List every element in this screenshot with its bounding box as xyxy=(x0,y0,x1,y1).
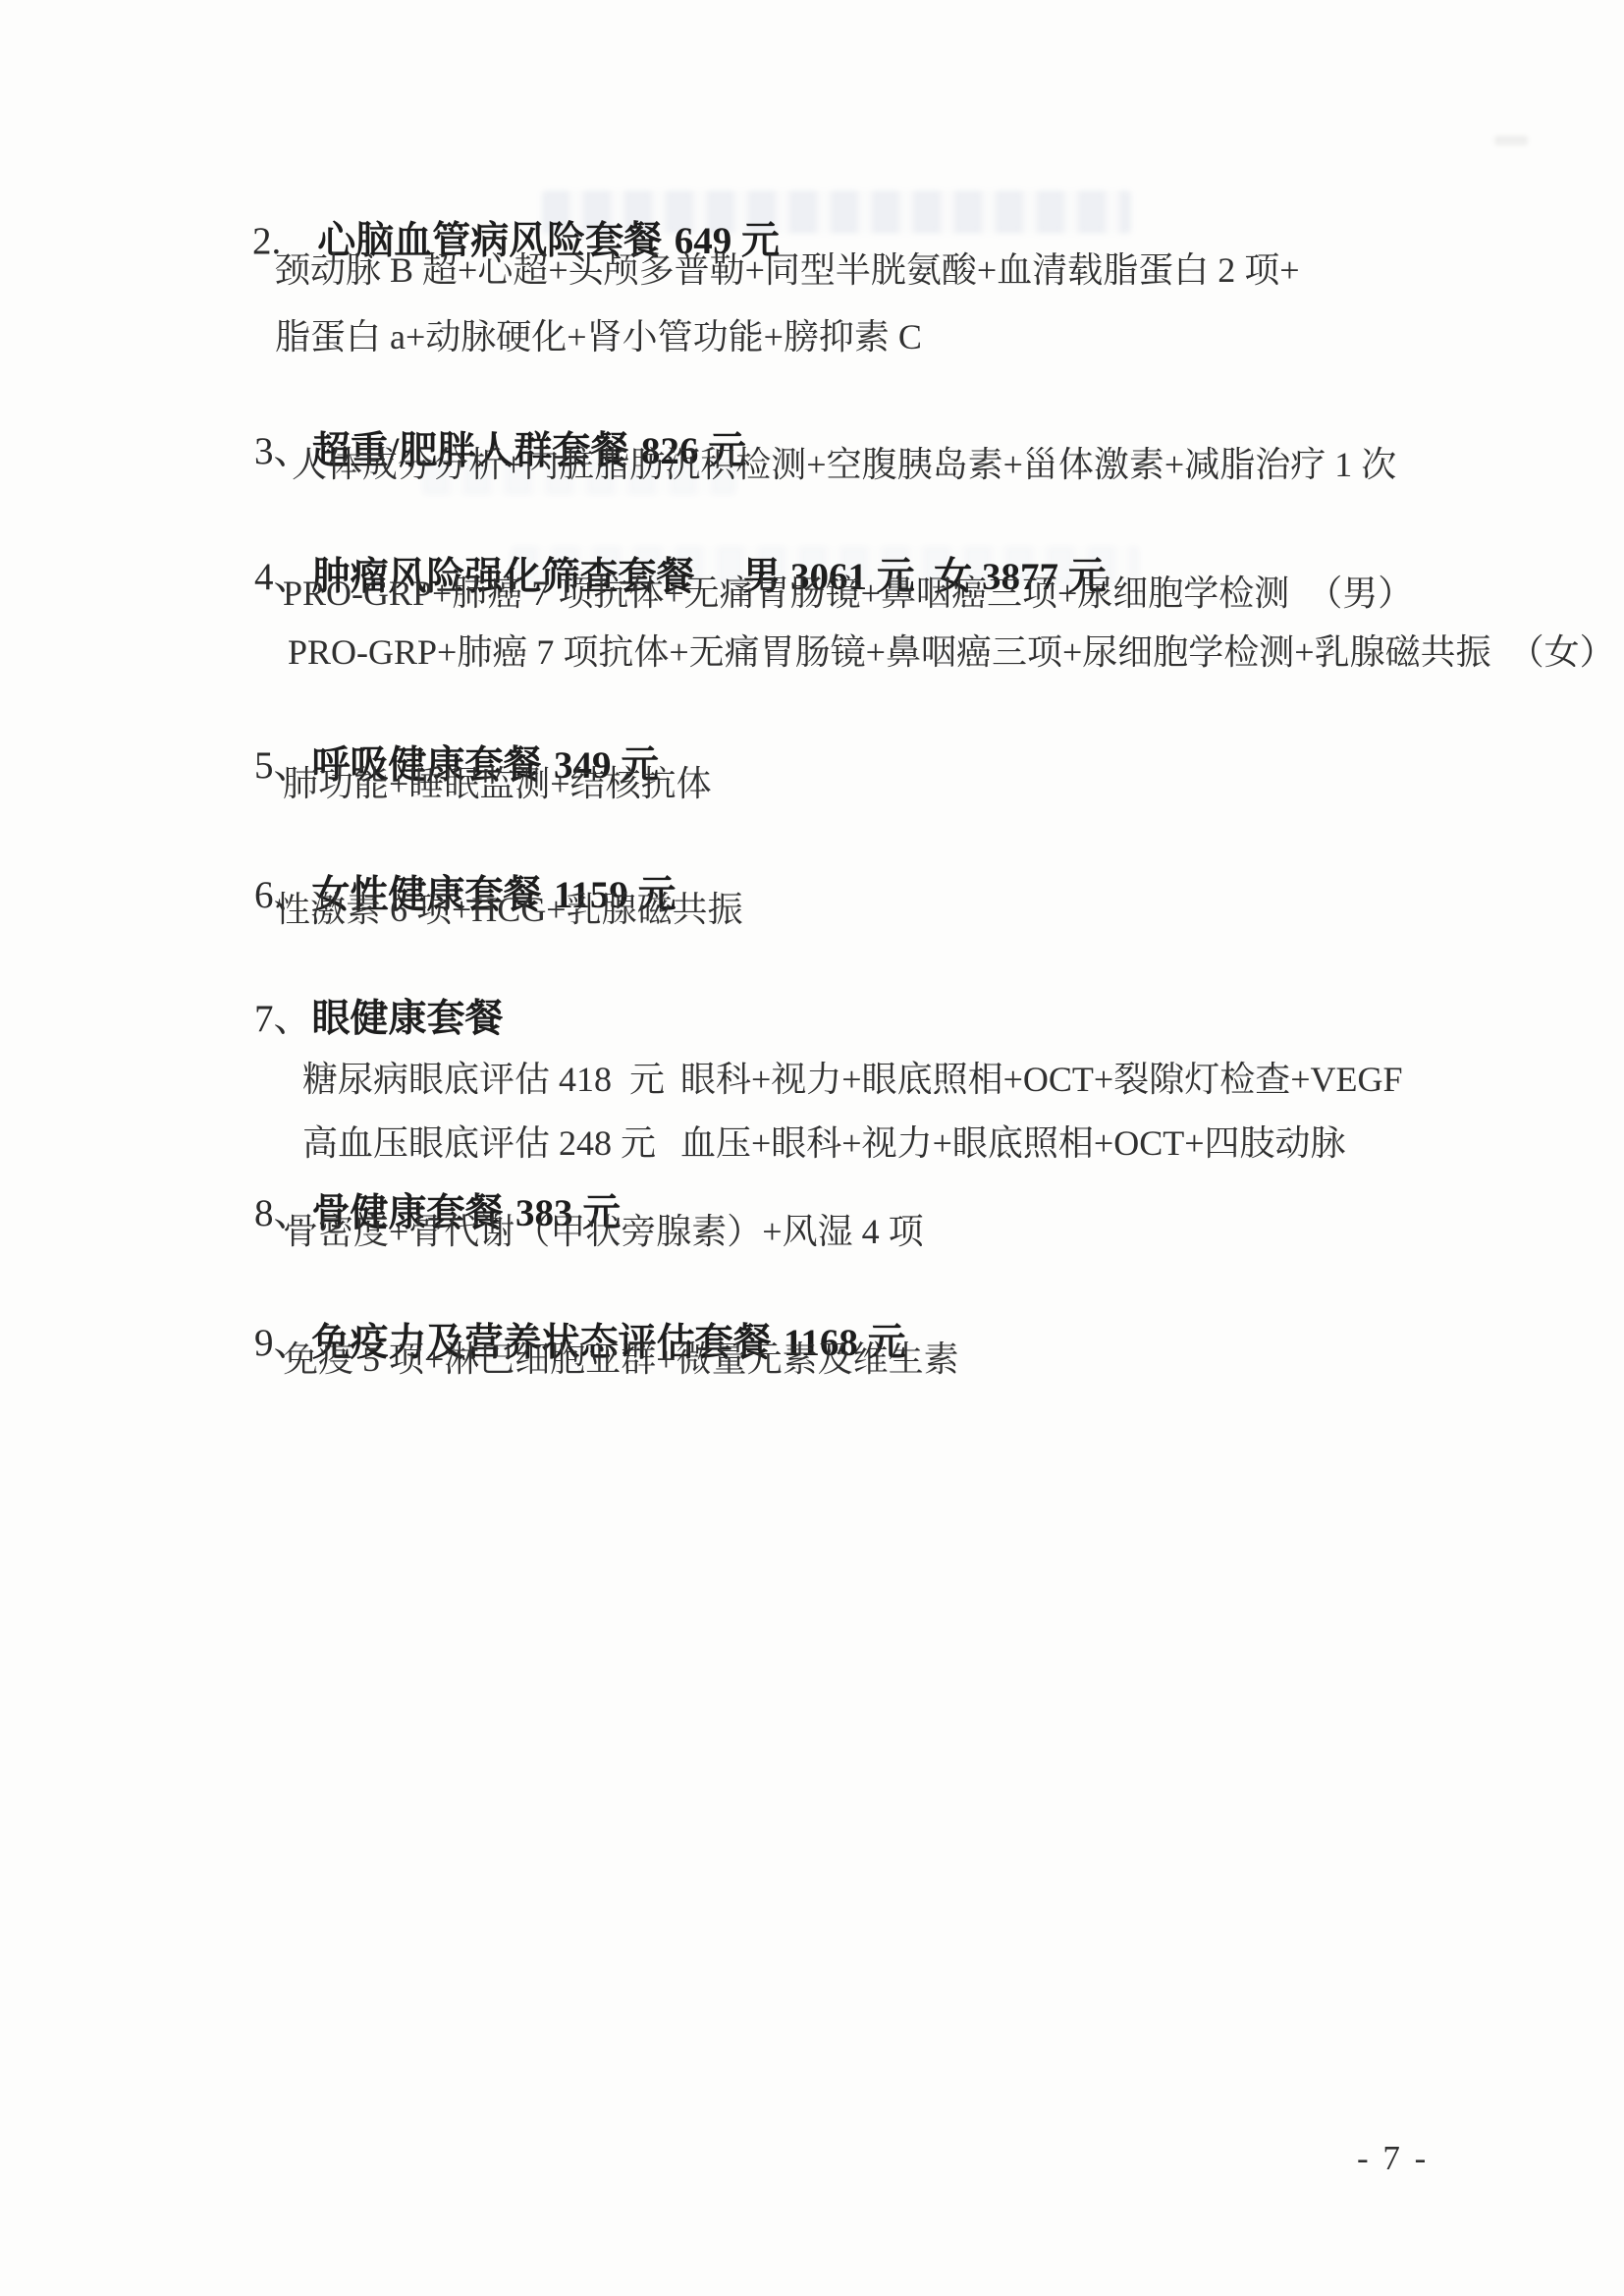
page-number: - 7 - xyxy=(1357,2139,1429,2178)
package-detail: 免疫 5 项+淋巴细胞亚群+微量元素及维生素 xyxy=(283,1339,959,1381)
package-detail: 骨密度+骨代谢（甲状旁腺素）+风湿 4 项 xyxy=(283,1211,924,1253)
package-detail: 脂蛋白 a+动脉硬化+肾小管功能+膀抑素 C xyxy=(275,316,922,358)
package-detail: PRO-GRP+肺癌 7 项抗体+无痛胃肠镜+鼻咽癌三项+尿细胞学检测 （男） xyxy=(283,573,1413,615)
package-detail: 人体成分分析+内脏脂肪沉积检测+空腹胰岛素+甾体激素+减脂治疗 1 次 xyxy=(292,444,1396,486)
package-detail: 颈动脉 B 超+心超+头颅多普勒+同型半胱氨酸+血清载脂蛋白 2 项+ xyxy=(275,249,1300,292)
package-detail: PRO-GRP+肺癌 7 项抗体+无痛胃肠镜+鼻咽癌三项+尿细胞学检测+乳腺磁共… xyxy=(288,631,1615,674)
document-page: 2.心脑血管病风险套餐649 元 颈动脉 B 超+心超+头颅多普勒+同型半胱氨酸… xyxy=(0,0,1624,2296)
eye-package-items: 血压+眼科+视力+眼底照相+OCT+四肢动脉 xyxy=(680,1123,1346,1163)
package-detail: 性激素 6 项+HCG+乳腺磁共振 xyxy=(275,889,743,931)
scan-artifact xyxy=(1494,136,1528,145)
package-detail: 肺功能+睡眠监测+结核抗体 xyxy=(283,763,712,805)
